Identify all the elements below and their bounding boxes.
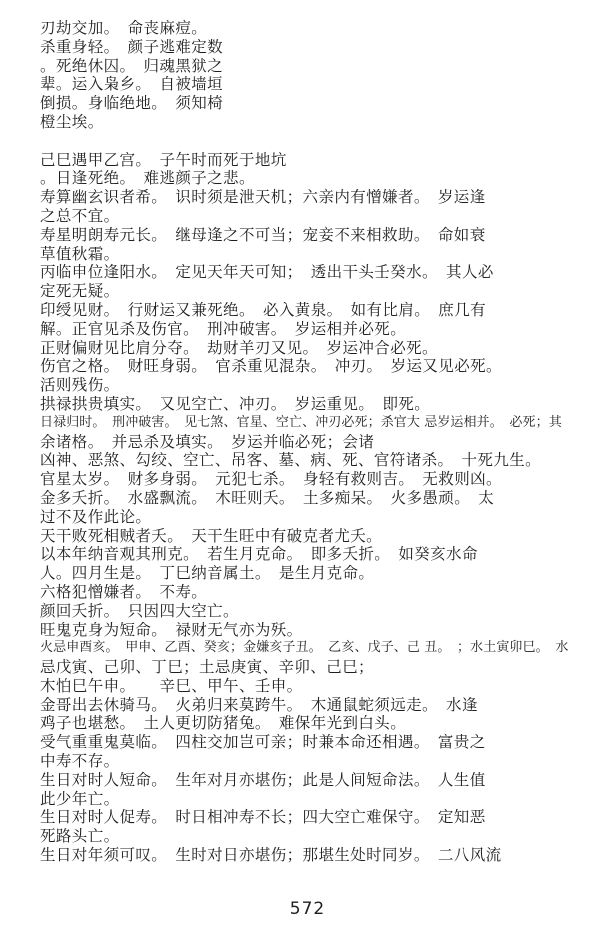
text-line: 辈。运入枭乡。 自被墙垣 (40, 75, 600, 94)
text-line: 生日对时人短命。 生年对月亦堪伤；此是人间短命法。 人生值 (40, 771, 600, 790)
text-line: 丙临申位逢阳水。 定见天年天可知； 透出干头壬癸水。 其人必 (40, 263, 600, 282)
text-line: 六格犯憎嫌者。 不寿。 (40, 583, 600, 602)
text-line: 活则残伤。 (40, 376, 600, 395)
text-line: 生日对年须可叹。 生时对日亦堪伤；那堪生处时同岁。 二八风流 (40, 846, 600, 865)
text-line: 中寿不存。 (40, 752, 600, 771)
blank-line (40, 132, 600, 151)
text-line: 鸡子也堪愁。 土人更切防猪兔。 难保年光到白头。 (40, 714, 600, 733)
text-line: 。死绝休囚。 归魂黑狱之 (40, 57, 600, 76)
page-number: 572 (0, 899, 615, 919)
text-line: 人。四月生是。 丁巳纳音属土。 是生月克命。 (40, 564, 600, 583)
text-line: 颜回夭折。 只因四大空亡。 (40, 602, 600, 621)
document-page: 刃劫交加。 命丧麻痘。杀重身轻。 颜子逃难定数。死绝休囚。 归魂黑狱之辈。运入枭… (0, 0, 615, 934)
text-line: 过不及作此论。 (40, 508, 600, 527)
text-line: 杀重身轻。 颜子逃难定数 (40, 38, 600, 57)
text-line: 寿算幽玄识者希。 识时须是泄天机；六亲内有憎嫌者。 岁运逢 (40, 188, 600, 207)
text-line: 伤官之格。 财旺身弱。 官杀重见混杂。 冲刃。 岁运又见必死。 (40, 357, 600, 376)
text-line: 死路头亡。 (40, 827, 600, 846)
text-line: 正财偏财见比肩分夺。 劫财羊刃又见。 岁运冲合必死。 (40, 339, 600, 358)
text-line: 受气重重鬼莫临。 四柱交加岂可亲；时兼本命还相遇。 富贵之 (40, 733, 600, 752)
text-line: 拱禄拱贵填实。 又见空亡、冲刃。 岁运重见。 即死。 (40, 395, 600, 414)
text-line: 解。正官见杀及伤官。 刑冲破害。 岁运相并必死。 (40, 320, 600, 339)
text-line: 草值秋霜。 (40, 245, 600, 264)
text-line: 定死无疑。 (40, 282, 600, 301)
text-line: 旺鬼克身为短命。 禄财无气亦为殀。 (40, 621, 600, 640)
text-line: 忌戊寅、己卯、丁巳；土忌庚寅、辛卯、己巳； (40, 658, 600, 677)
text-line: 生日对时人促寿。 时日相冲寿不长；四大空亡难保守。 定知恶 (40, 808, 600, 827)
text-line: 以本年纳音观其刑克。 若生月克命。 即多夭折。 如癸亥水命 (40, 545, 600, 564)
text-line: 官星太岁。 财多身弱。 元犯七杀。 身轻有救则吉。 无救则凶。 (40, 470, 600, 489)
text-line: 余诸格。 并忌杀及填实。 岁运并临必死；会诸 (40, 433, 600, 452)
text-line: 。日逢死绝。 难逃颜子之悲。 (40, 169, 600, 188)
text-line: 木怕巳午申。 辛巳、甲午、壬申。 (40, 677, 600, 696)
text-line: 己巳遇甲乙宫。 子午时而死于地坑 (40, 151, 600, 170)
text-line: 之总不宜。 (40, 207, 600, 226)
text-line: 此少年亡。 (40, 790, 600, 809)
text-line: 橙尘埃。 (40, 113, 600, 132)
text-line: 印绶见财。 行财运又兼死绝。 必入黄泉。 如有比肩。 庶几有 (40, 301, 600, 320)
body-text: 刃劫交加。 命丧麻痘。杀重身轻。 颜子逃难定数。死绝休囚。 归魂黑狱之辈。运入枭… (40, 19, 600, 865)
text-line: 金哥出去休骑马。 火弟归来莫跨牛。 木通鼠蛇须远走。 水逢 (40, 696, 600, 715)
text-line: 倒损。身临绝地。 须知椅 (40, 94, 600, 113)
text-line: 日禄归时。 刑冲破害。 见七煞、官星、空亡、冲刃必死；杀官大 忌岁运相并。 必死… (40, 414, 600, 433)
text-line: 火忌申酉亥。 甲申、乙酉、癸亥；金嫌亥子丑。 乙亥、戊子、己 丑。 ；水土寅卯巳… (40, 639, 600, 658)
text-line: 天干败死相贼者夭。 天干生旺中有破克者尤夭。 (40, 527, 600, 546)
text-line: 寿星明朗寿元长。 继母逢之不可当；宠妾不来相救助。 命如衰 (40, 226, 600, 245)
text-line: 刃劫交加。 命丧麻痘。 (40, 19, 600, 38)
text-line: 凶神、恶煞、勾绞、空亡、吊客、墓、病、死、官符诸杀。 十死九生。 (40, 451, 600, 470)
text-line: 金多夭折。 水盛飘流。 木旺则夭。 土多痴呆。 火多愚顽。 太 (40, 489, 600, 508)
